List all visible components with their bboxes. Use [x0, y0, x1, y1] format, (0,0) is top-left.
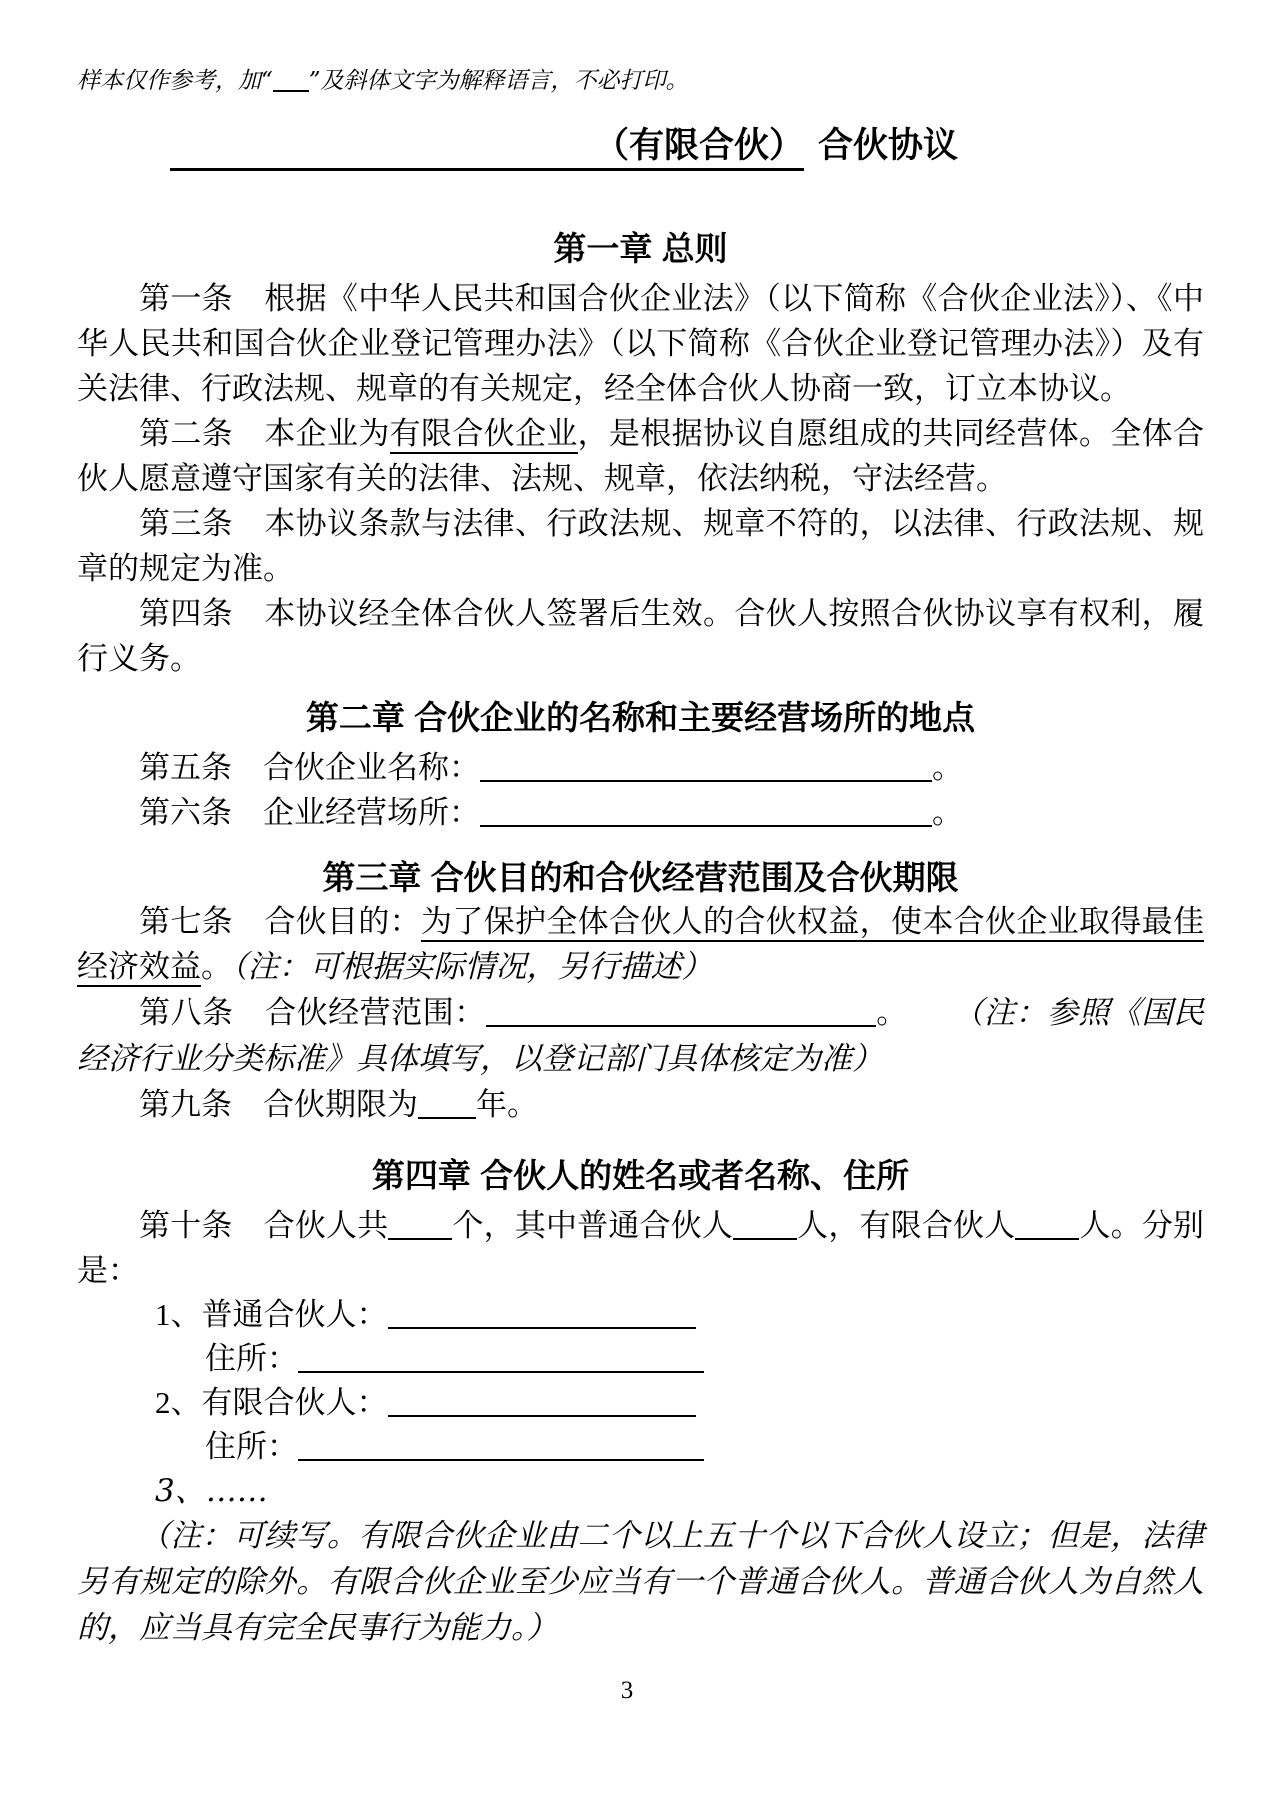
fill-in-blank	[273, 82, 309, 92]
text-segment: 合伙协议	[818, 126, 958, 165]
text-segment: 2、有限合伙人：	[155, 1385, 388, 1420]
text-segment: 有限合伙企业	[390, 416, 578, 454]
text-segment: ”及斜体文字为解释语言，不必打印。	[309, 68, 689, 94]
article-7: 第七条 合伙目的：为了保护全体合伙人的合伙权益，使本合伙企业取得最佳经济效益。（…	[77, 899, 1204, 990]
document-page: 样本仅作参考，加“”及斜体文字为解释语言，不必打印。（有限合伙）合伙协议第一章 …	[0, 0, 1280, 1810]
text-segment: 1、普通合伙人：	[155, 1297, 388, 1332]
chapter-2-heading: 第二章 合伙企业的名称和主要经营场所的地点	[77, 697, 1204, 739]
chapter-3-heading: 第三章 合伙目的和合伙经营范围及合伙期限	[77, 857, 1204, 899]
disclaimer-note: 样本仅作参考，加“”及斜体文字为解释语言，不必打印。	[77, 64, 1204, 98]
article-1: 第一条 根据《中华人民共和国合伙企业法》（以下简称《合伙企业法》）、《中华人民共…	[77, 276, 1204, 411]
text-segment: 第六条 企业经营场所：	[139, 795, 480, 830]
fill-in-blank	[388, 1230, 452, 1240]
text-segment: 。	[201, 949, 232, 984]
fill-in-blank	[298, 1451, 704, 1461]
chapter-1-heading: 第一章 总则	[77, 228, 1204, 270]
fill-in-blank	[486, 1017, 876, 1027]
fill-in-blank	[388, 1407, 696, 1417]
text-segment: 第二条 本企业为	[139, 416, 390, 451]
partners-note: （注：可续写。有限合伙企业由二个以上五十个以下合伙人设立；但是，法律另有规定的除…	[77, 1513, 1204, 1651]
article-2: 第二条 本企业为有限合伙企业，是根据协议自愿组成的共同经营体。全体合伙人愿意遵守…	[77, 411, 1204, 501]
fill-in-blank	[1015, 1230, 1079, 1240]
fill-in-blank	[298, 1363, 704, 1373]
article-3: 第三条 本协议条款与法律、行政法规、规章不符的，以法律、行政法规、规章的规定为准…	[77, 501, 1204, 591]
text-segment: （有限合伙）	[170, 126, 804, 171]
text-segment: 第九条 合伙期限为	[139, 1087, 418, 1122]
text-segment: 3、……	[155, 1473, 268, 1509]
article-6: 第六条 企业经营场所：。	[77, 790, 1204, 835]
text-segment: 个，其中普通合伙人	[452, 1208, 733, 1243]
more-partners-line: 3、……	[155, 1469, 1204, 1513]
article-5: 第五条 合伙企业名称：。	[77, 745, 1204, 790]
fill-in-blank	[733, 1230, 797, 1240]
document-title: （有限合伙）合伙协议	[170, 120, 1204, 172]
text-segment: 第八条 合伙经营范围：	[139, 995, 486, 1030]
text-segment: 第七条 合伙目的：	[139, 904, 421, 939]
fill-in-blank	[480, 817, 932, 827]
page-number: 3	[0, 1676, 1254, 1706]
fill-in-blank	[480, 772, 932, 782]
text-segment: （注：可根据实际情况，另行描述）	[232, 949, 713, 985]
text-segment: 住所：	[205, 1429, 298, 1464]
article-9: 第九条 合伙期限为年。	[77, 1082, 1204, 1127]
text-segment: 第五条 合伙企业名称：	[139, 750, 480, 785]
text-segment: 。	[932, 750, 963, 785]
chapter-4-heading: 第四章 合伙人的姓名或者名称、住所	[77, 1155, 1204, 1197]
text-segment: 住所：	[205, 1341, 298, 1376]
limited-partner-address-line: 住所：	[205, 1425, 1204, 1469]
fill-in-blank	[418, 1109, 476, 1119]
text-segment: 年。	[476, 1087, 538, 1122]
text-segment: 人，有限合伙人	[797, 1208, 1015, 1243]
text-segment: 样本仅作参考，加“	[77, 68, 273, 94]
article-10: 第十条 合伙人共个，其中普通合伙人人，有限合伙人人。分别是：	[77, 1203, 1204, 1293]
text-segment: 。	[876, 995, 908, 1030]
fill-in-blank	[388, 1319, 696, 1329]
text-segment: 第十条 合伙人共	[139, 1208, 388, 1243]
general-partner-line: 1、普通合伙人：	[155, 1293, 1204, 1337]
document-body: 样本仅作参考，加“”及斜体文字为解释语言，不必打印。（有限合伙）合伙协议第一章 …	[77, 64, 1204, 1651]
text-segment: 第三条 本协议条款与法律、行政法规、规章不符的，以法律、行政法规、规章的规定为准…	[77, 506, 1204, 586]
article-4: 第四条 本协议经全体合伙人签署后生效。合伙人按照合伙协议享有权利，履行义务。	[77, 591, 1204, 681]
text-segment: （注：可续写。有限合伙企业由二个以上五十个以下合伙人设立；但是，法律另有规定的除…	[77, 1518, 1204, 1646]
general-partner-address-line: 住所：	[205, 1337, 1204, 1381]
article-8: 第八条 合伙经营范围：。（注：参照《国民经济行业分类标准》具体填写，以登记部门具…	[77, 990, 1204, 1082]
text-segment: 。	[932, 795, 963, 830]
limited-partner-line: 2、有限合伙人：	[155, 1381, 1204, 1425]
text-segment: 第四条 本协议经全体合伙人签署后生效。合伙人按照合伙协议享有权利，履行义务。	[77, 596, 1204, 676]
text-segment: 第一条 根据《中华人民共和国合伙企业法》（以下简称《合伙企业法》）、《中华人民共…	[77, 281, 1204, 406]
